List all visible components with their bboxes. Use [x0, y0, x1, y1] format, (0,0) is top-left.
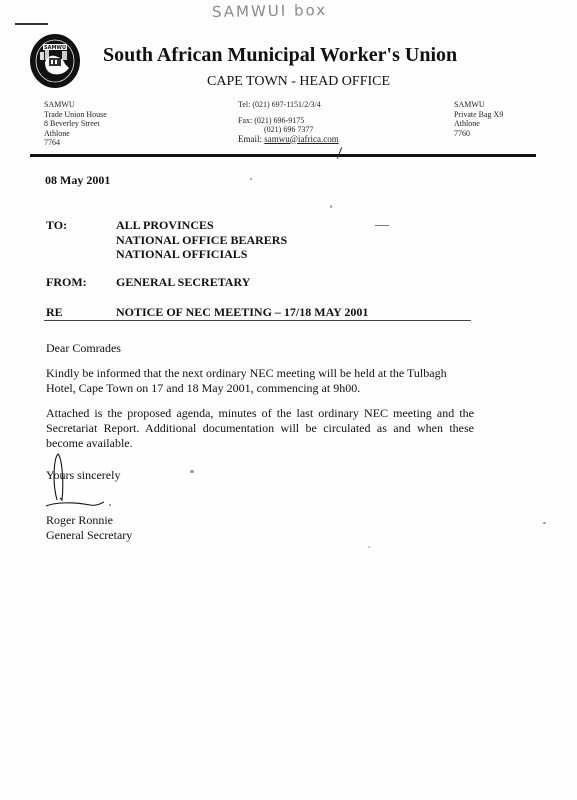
scan-speck: [368, 546, 370, 548]
scan-speck: [250, 178, 252, 180]
address-right-line: Athlone: [454, 119, 503, 129]
scan-mark: [15, 23, 48, 25]
email-label: Email:: [238, 134, 264, 144]
signer-title: General Secretary: [46, 528, 474, 543]
to-label: TO:: [46, 218, 67, 233]
address-left-line: Athlone: [44, 129, 107, 139]
scan-speck: [190, 470, 194, 473]
letter-date: 08 May 2001: [45, 173, 110, 188]
fax: Fax: (021) 696-9175: [238, 116, 339, 126]
scan-speck: [330, 205, 332, 208]
recipient: NATIONAL OFFICIALS: [116, 247, 287, 262]
signer-name: Roger Ronnie: [46, 513, 474, 528]
telephone: Tel: (021) 697-1151/2/3/4: [238, 100, 339, 110]
to-recipients: ALL PROVINCES NATIONAL OFFICE BEARERS NA…: [116, 218, 287, 262]
subject-divider: [44, 320, 471, 321]
from-value: GENERAL SECRETARY: [116, 275, 250, 290]
address-right-line: 7760: [454, 129, 503, 139]
scan-speck: [375, 225, 389, 226]
body-paragraph: Kindly be informed that the next ordinar…: [46, 366, 474, 396]
closing: Yours sincerely: [46, 468, 474, 483]
email-link[interactable]: samwu@iafrica.com: [264, 134, 339, 144]
address-left-line: 7764: [44, 138, 107, 148]
organization-name: South African Municipal Worker's Union: [103, 44, 457, 67]
address-right-line: Private Bag X9: [454, 110, 503, 120]
address-right: SAMWU Private Bag X9 Athlone 7760: [454, 100, 503, 138]
handwritten-note: SAMWUI box: [212, 1, 327, 21]
re-label: RE: [46, 305, 63, 320]
email-line: Email: samwu@iafrica.com: [238, 135, 339, 145]
body-paragraph: Attached is the proposed agenda, minutes…: [46, 406, 474, 451]
salutation: Dear Comrades: [46, 341, 474, 356]
recipient: ALL PROVINCES: [116, 218, 287, 233]
recipient: NATIONAL OFFICE BEARERS: [116, 233, 287, 248]
pen-mark: [337, 147, 342, 159]
subject-line: NOTICE OF NEC MEETING – 17/18 MAY 2001: [116, 305, 368, 320]
address-right-line: SAMWU: [454, 100, 503, 110]
signature-icon: [44, 452, 124, 514]
address-left-line: 8 Beverley Street: [44, 119, 107, 129]
letterhead-divider: [30, 154, 536, 157]
from-label: FROM:: [46, 275, 87, 290]
address-left-line: Trade Union House: [44, 110, 107, 120]
address-left: SAMWU Trade Union House 8 Beverley Stree…: [44, 100, 107, 148]
office-name: CAPE TOWN - HEAD OFFICE: [207, 74, 390, 90]
scan-speck: [543, 522, 546, 524]
address-left-line: SAMWU: [44, 100, 107, 110]
samwu-logo-icon: SAMWU: [29, 32, 81, 90]
contact-details: Tel: (021) 697-1151/2/3/4 Fax: (021) 696…: [238, 100, 339, 144]
letter-page: SAMWUI box SAMWU South African Municipal…: [0, 0, 577, 800]
